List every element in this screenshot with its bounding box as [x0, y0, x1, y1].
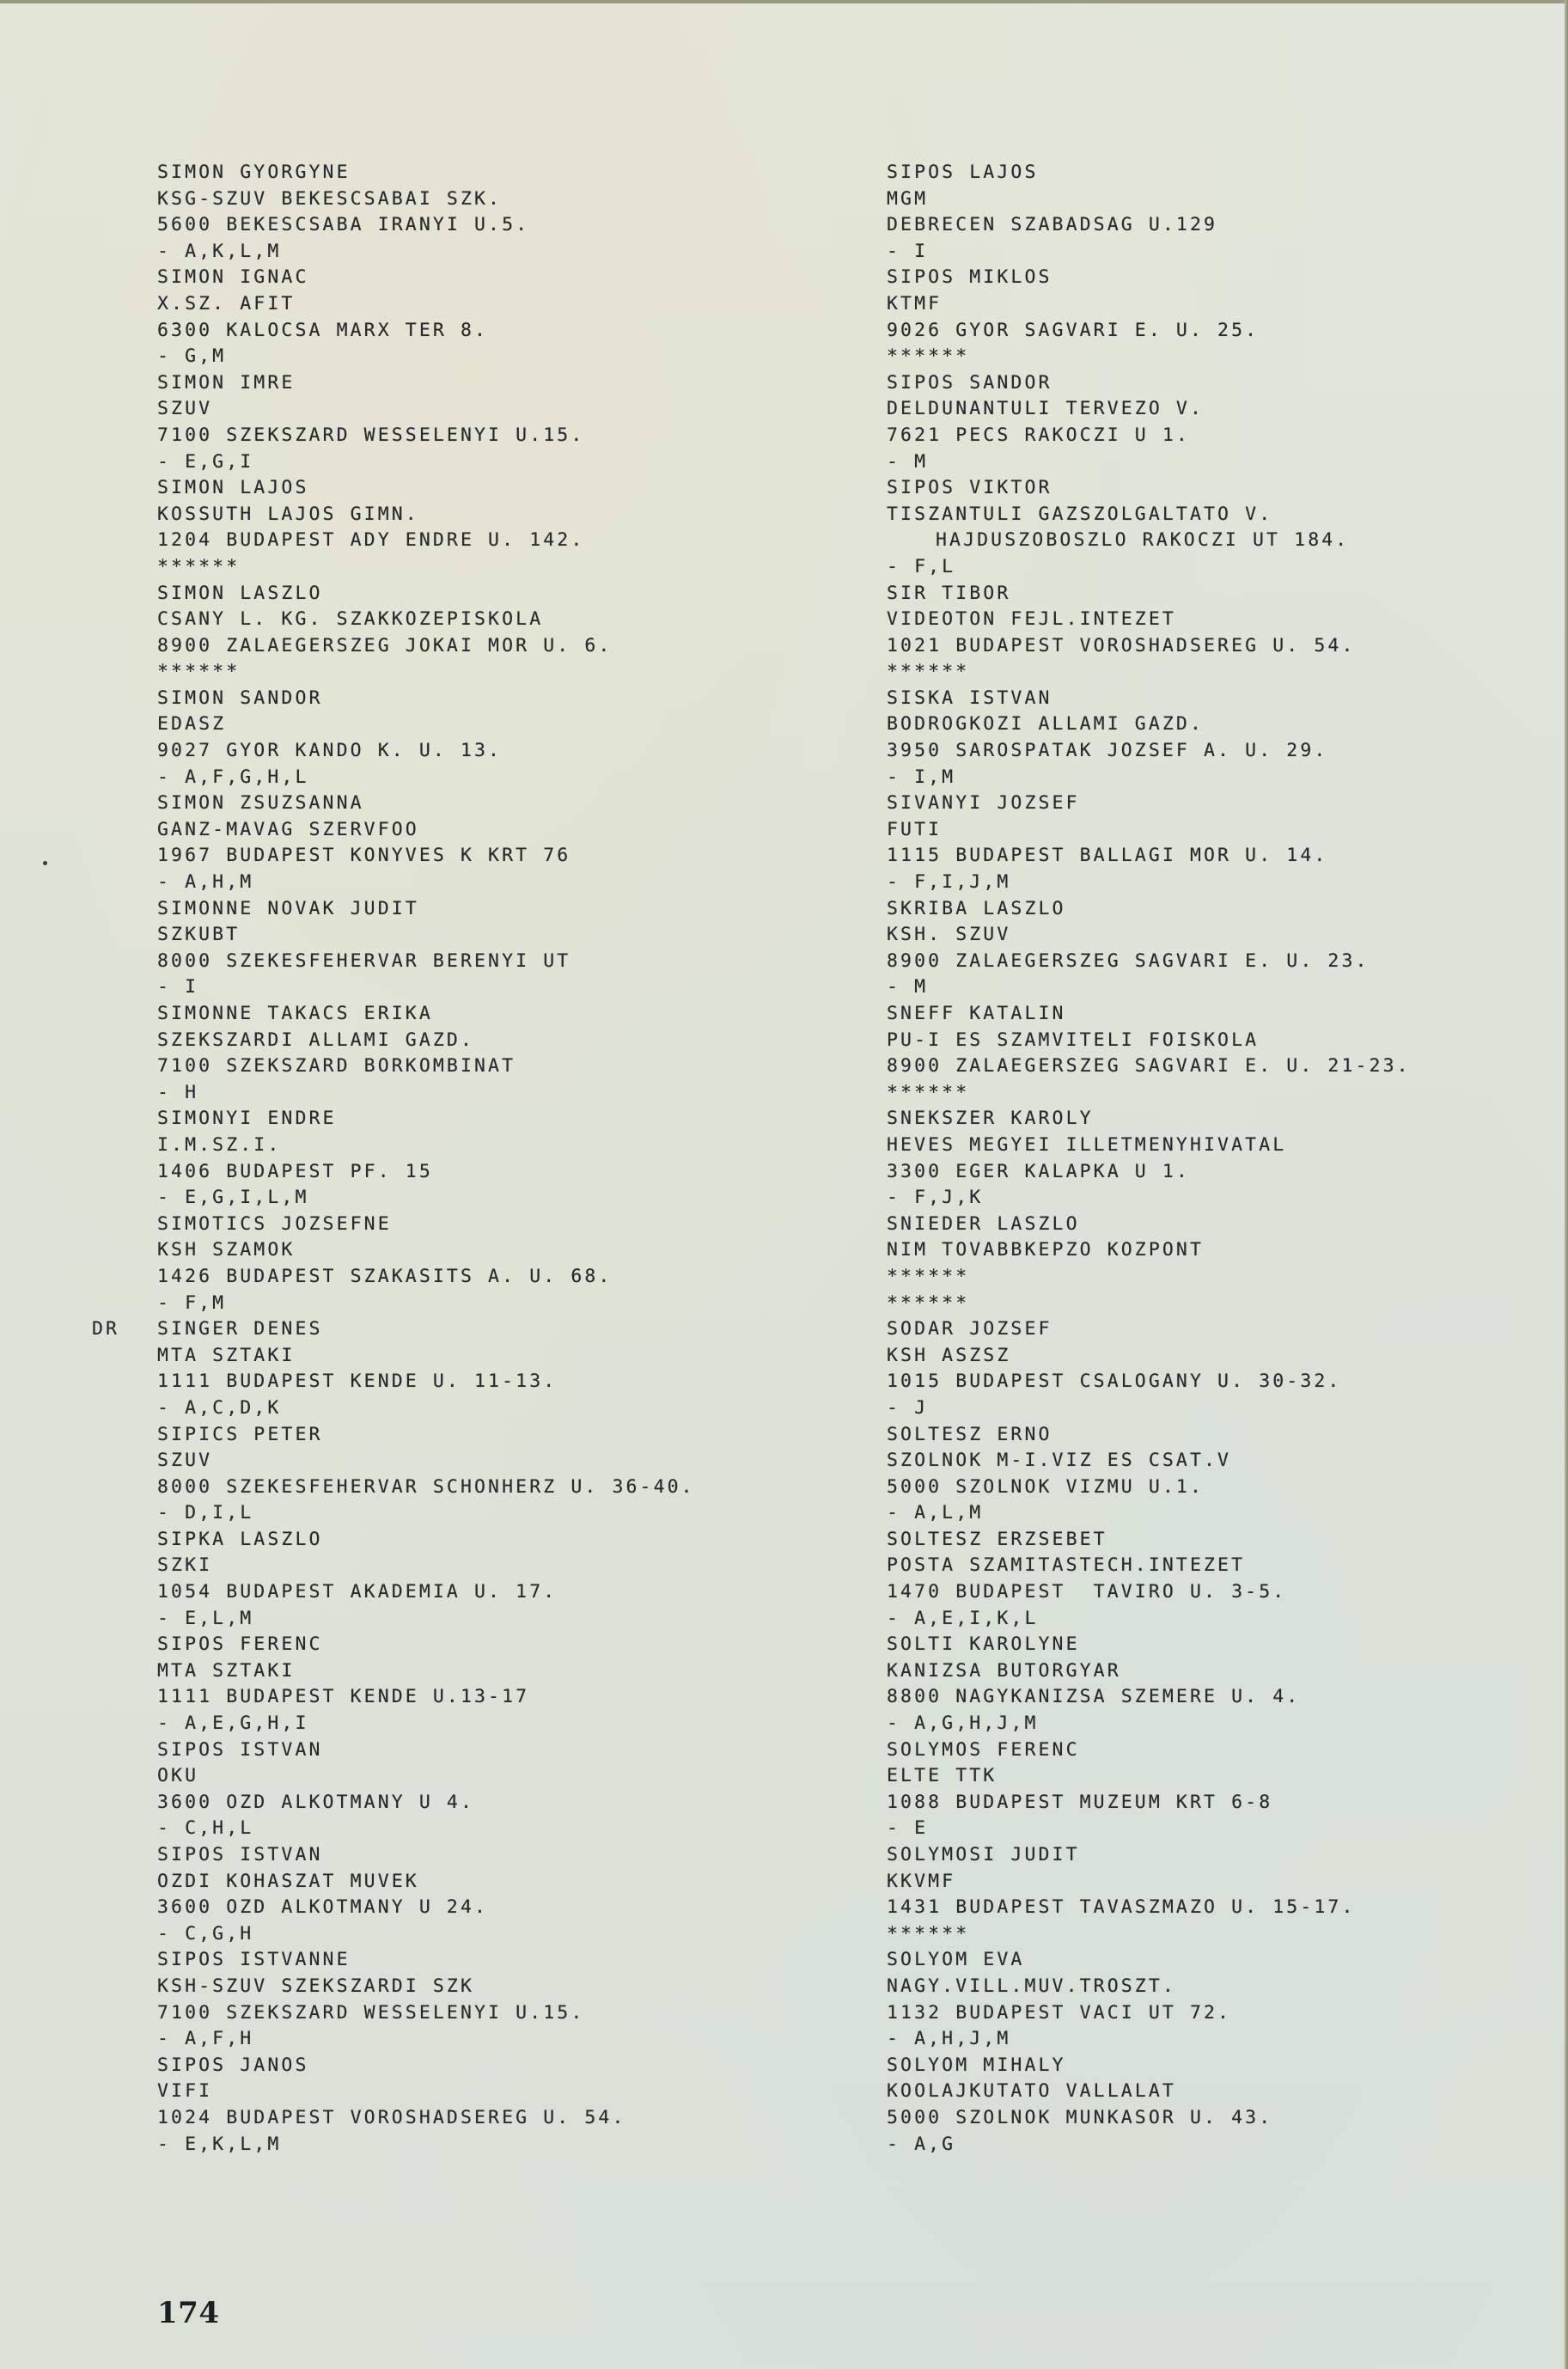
entry-codes: ******	[887, 659, 1411, 686]
entry-organization: KSH SZAMOK	[157, 1237, 695, 1264]
directory-entry: SIPKA LASZLOSZKI1054 BUDAPEST AKADEMIA U…	[157, 1527, 695, 1632]
directory-entry: SIMON SANDOREDASZ9027 GYOR KANDO K. U. 1…	[157, 686, 695, 791]
entry-codes: - A,G,H,J,M	[887, 1711, 1411, 1737]
entry-address: 3950 SAROSPATAK JOZSEF A. U. 29.	[887, 738, 1411, 765]
entry-address: 6300 KALOCSA MARX TER 8.	[157, 318, 695, 345]
directory-entry: SNEKSZER KAROLYHEVES MEGYEI ILLETMENYHIV…	[887, 1106, 1411, 1211]
entry-name: SIPOS JANOS	[157, 2053, 695, 2079]
entry-codes: - A,F,G,H,L	[157, 765, 695, 791]
entry-address: 1115 BUDAPEST BALLAGI MOR U. 14.	[887, 843, 1411, 870]
directory-entry: SIPOS SANDORDELDUNANTULI TERVEZO V.7621 …	[887, 370, 1411, 475]
entry-name: SIMONYI ENDRE	[157, 1106, 695, 1133]
entry-organization: KOOLAJKUTATO VALLALAT	[887, 2079, 1411, 2105]
entry-organization: VIDEOTON FEJL.INTEZET	[887, 607, 1411, 633]
entry-codes: ******	[157, 554, 695, 581]
directory-entry: SIMON IMRESZUV7100 SZEKSZARD WESSELENYI …	[157, 370, 695, 475]
entry-address: 1967 BUDAPEST KONYVES K KRT 76	[157, 843, 695, 870]
entry-organization: SZUV	[157, 1448, 695, 1475]
directory-entry: SIMON ZSUZSANNAGANZ-MAVAG SZERVFOO1967 B…	[157, 791, 695, 895]
entry-name: SOLTESZ ERZSEBET	[887, 1527, 1411, 1554]
entry-name: SKRIBA LASZLO	[887, 896, 1411, 923]
entry-codes: - E,K,L,M	[157, 2132, 695, 2158]
directory-entry: SIMON GYORGYNEKSG-SZUV BEKESCSABAI SZK.5…	[157, 160, 695, 265]
entry-codes: - C,H,L	[157, 1816, 695, 1842]
directory-entry: SIPOS JANOSVIFI1024 BUDAPEST VOROSHADSER…	[157, 2053, 695, 2158]
entry-address: 8800 NAGYKANIZSA SZEMERE U. 4.	[887, 1684, 1411, 1711]
entry-codes: - D,I,L	[157, 1500, 695, 1527]
directory-entry: SOLTI KAROLYNEKANIZSA BUTORGYAR8800 NAGY…	[887, 1632, 1411, 1737]
entry-organization: CSANY L. KG. SZAKKOZEPISKOLA	[157, 607, 695, 633]
entry-name: SOLTESZ ERNO	[887, 1422, 1411, 1449]
directory-entry: SOLTESZ ERNOSZOLNOK M-I.VIZ ES CSAT.V500…	[887, 1422, 1411, 1527]
entry-organization: MTA SZTAKI	[157, 1658, 695, 1685]
directory-entry: SOLYMOS FERENCELTE TTK1088 BUDAPEST MUZE…	[887, 1737, 1411, 1842]
entry-codes: ******	[887, 344, 1411, 370]
entry-address: 1021 BUDAPEST VOROSHADSEREG U. 54.	[887, 633, 1411, 660]
entry-codes: - A,K,L,M	[157, 239, 695, 266]
entry-codes: - E,G,I,L,M	[157, 1185, 695, 1212]
directory-entry: SOLYOM EVANAGY.VILL.MUV.TROSZT.1132 BUDA…	[887, 1947, 1411, 2052]
entry-address: DEBRECEN SZABADSAG U.129	[887, 212, 1411, 239]
entry-codes: - F,I,J,M	[887, 870, 1411, 896]
entry-address: 1406 BUDAPEST PF. 15	[157, 1159, 695, 1186]
directory-entry: SIPOS FERENCMTA SZTAKI1111 BUDAPEST KEND…	[157, 1632, 695, 1737]
entry-address: 1132 BUDAPEST VACI UT 72.	[887, 2000, 1411, 2027]
entry-organization: PU-I ES SZAMVITELI FOISKOLA	[887, 1028, 1411, 1054]
entry-organization: KSH ASZSZ	[887, 1343, 1411, 1370]
directory-entry: SODAR JOZSEFKSH ASZSZ1015 BUDAPEST CSALO…	[887, 1316, 1411, 1421]
entry-codes: - I	[157, 974, 695, 1001]
entry-name: SIMONNE NOVAK JUDIT	[157, 896, 695, 923]
entry-name: SIMONNE TAKACS ERIKA	[157, 1001, 695, 1028]
entry-address: 8900 ZALAEGERSZEG JOKAI MOR U. 6.	[157, 633, 695, 660]
entry-organization: KSG-SZUV BEKESCSABAI SZK.	[157, 186, 695, 213]
entry-address: 3600 OZD ALKOTMANY U 24.	[157, 1895, 695, 1921]
directory-entry: SIMONNE NOVAK JUDITSZKUBT8000 SZEKESFEHE…	[157, 896, 695, 1001]
entry-address: 9027 GYOR KANDO K. U. 13.	[157, 738, 695, 765]
entry-codes: - J	[887, 1395, 1411, 1422]
directory-entry: SIPICS PETERSZUV8000 SZEKESFEHERVAR SCHO…	[157, 1422, 695, 1527]
entry-organization: KSH-SZUV SZEKSZARDI SZK	[157, 1974, 695, 2000]
entry-address: 1054 BUDAPEST AKADEMIA U. 17.	[157, 1579, 695, 1606]
directory-entry: SIVANYI JOZSEFFUTI1115 BUDAPEST BALLAGI …	[887, 791, 1411, 895]
entry-name: SOLYOM EVA	[887, 1947, 1411, 1974]
entry-organization: SZKI	[157, 1553, 695, 1579]
ink-speck	[43, 861, 47, 865]
entry-name: SIMON IGNAC	[157, 265, 695, 291]
page-top-edge	[0, 0, 1568, 3]
entry-address: 1111 BUDAPEST KENDE U.13-17	[157, 1684, 695, 1711]
entry-name: SINGER DENES	[157, 1318, 323, 1340]
entry-codes: - C,G,H	[157, 1921, 695, 1948]
entry-organization: KOSSUTH LAJOS GIMN.	[157, 502, 695, 528]
entry-name: SOLYMOS FERENC	[887, 1737, 1411, 1764]
entry-organization: SZKUBT	[157, 922, 695, 949]
entry-organization: BODROGKOZI ALLAMI GAZD.	[887, 711, 1411, 738]
entry-address: 5000 SZOLNOK VIZMU U.1.	[887, 1475, 1411, 1501]
directory-entry: SIPOS LAJOSMGMDEBRECEN SZABADSAG U.129- …	[887, 160, 1411, 265]
entry-organization: OKU	[157, 1763, 695, 1790]
entry-codes: - F,J,K	[887, 1185, 1411, 1212]
entry-organization: SZOLNOK M-I.VIZ ES CSAT.V	[887, 1448, 1411, 1475]
entry-address: 3600 OZD ALKOTMANY U 4.	[157, 1790, 695, 1816]
entry-codes: ******	[887, 1291, 1411, 1317]
entry-address: 8000 SZEKESFEHERVAR BERENYI UT	[157, 949, 695, 975]
directory-entry: DRSINGER DENESMTA SZTAKI1111 BUDAPEST KE…	[157, 1316, 695, 1421]
entry-organization: VIFI	[157, 2079, 695, 2105]
entry-organization: I.M.SZ.I.	[157, 1133, 695, 1159]
entry-organization: POSTA SZAMITASTECH.INTEZET	[887, 1553, 1411, 1579]
entry-organization: KKVMF	[887, 1869, 1411, 1896]
entry-organization: KANIZSA BUTORGYAR	[887, 1658, 1411, 1685]
entry-address: 5600 BEKESCSABA IRANYI U.5.	[157, 212, 695, 239]
entry-address: 1111 BUDAPEST KENDE U. 11-13.	[157, 1369, 695, 1395]
entry-address: 3300 EGER KALAPKA U 1.	[887, 1159, 1411, 1186]
entry-name: SIR TIBOR	[887, 581, 1411, 608]
directory-entry: SNIEDER LASZLONIM TOVABBKEPZO KOZPONT***…	[887, 1212, 1411, 1316]
entry-address: 7100 SZEKSZARD WESSELENYI U.15.	[157, 2000, 695, 2027]
entry-name: SNIEDER LASZLO	[887, 1212, 1411, 1238]
entry-codes: - A,L,M	[887, 1500, 1411, 1527]
directory-entry: SIPOS ISTVANOKU3600 OZD ALKOTMANY U 4.- …	[157, 1737, 695, 1842]
left-column-directory: SIMON GYORGYNEKSG-SZUV BEKESCSABAI SZK.5…	[157, 160, 695, 2158]
entry-address: 1015 BUDAPEST CSALOGANY U. 30-32.	[887, 1369, 1411, 1395]
directory-entry: SKRIBA LASZLOKSH. SZUV8900 ZALAEGERSZEG …	[887, 896, 1411, 1001]
entry-codes: - F,M	[157, 1291, 695, 1317]
entry-address: 1426 BUDAPEST SZAKASITS A. U. 68.	[157, 1264, 695, 1291]
page-binding-edge	[1565, 0, 1568, 2369]
entry-address: 1204 BUDAPEST ADY ENDRE U. 142.	[157, 528, 695, 554]
entry-organization: DELDUNANTULI TERVEZO V.	[887, 396, 1411, 423]
entry-organization: KSH. SZUV	[887, 922, 1411, 949]
entry-name: SNEKSZER KAROLY	[887, 1106, 1411, 1133]
entry-address: 1431 BUDAPEST TAVASZMAZO U. 15-17.	[887, 1895, 1411, 1921]
entry-organization: SZUV	[157, 396, 695, 423]
entry-name: SIMOTICS JOZSEFNE	[157, 1212, 695, 1238]
entry-address: 7100 SZEKSZARD WESSELENYI U.15.	[157, 423, 695, 449]
entry-name: SIMON GYORGYNE	[157, 160, 695, 186]
directory-entry: SOLYMOSI JUDITKKVMF1431 BUDAPEST TAVASZM…	[887, 1842, 1411, 1947]
entry-name: SOLTI KAROLYNE	[887, 1632, 1411, 1658]
directory-entry: SIPOS VIKTORTISZANTULI GAZSZOLGALTATO V.…	[887, 475, 1411, 580]
entry-organization: KTMF	[887, 291, 1411, 318]
entry-codes: - A,C,D,K	[157, 1395, 695, 1422]
entry-name: SISKA ISTVAN	[887, 686, 1411, 712]
entry-codes: - I,M	[887, 765, 1411, 791]
entry-organization: TISZANTULI GAZSZOLGALTATO V.	[887, 502, 1411, 528]
entry-name: SOLYOM MIHALY	[887, 2053, 1411, 2079]
entry-organization: EDASZ	[157, 711, 695, 738]
entry-codes: - M	[887, 974, 1411, 1001]
directory-entry: SIPOS ISTVANOZDI KOHASZAT MUVEK3600 OZD …	[157, 1842, 695, 1947]
entry-codes: - F,L	[887, 554, 1411, 581]
entry-address: 1024 BUDAPEST VOROSHADSEREG U. 54.	[157, 2105, 695, 2132]
entry-codes: ******	[887, 1921, 1411, 1948]
entry-name: SIMON IMRE	[157, 370, 695, 397]
directory-entry: SIMON LAJOSKOSSUTH LAJOS GIMN.1204 BUDAP…	[157, 475, 695, 580]
entry-address: 1470 BUDAPEST TAVIRO U. 3-5.	[887, 1579, 1411, 1606]
directory-entry: SNEFF KATALINPU-I ES SZAMVITELI FOISKOLA…	[887, 1001, 1411, 1106]
entry-name: SIPOS ISTVAN	[157, 1842, 695, 1869]
entry-organization: ELTE TTK	[887, 1763, 1411, 1790]
entry-codes: - E	[887, 1816, 1411, 1842]
entry-codes: - E,G,I	[157, 449, 695, 476]
entry-organization: OZDI KOHASZAT MUVEK	[157, 1869, 695, 1896]
entry-codes: - A,F,H	[157, 2026, 695, 2053]
entry-address: 1088 BUDAPEST MUZEUM KRT 6-8	[887, 1790, 1411, 1816]
entry-name: SOLYMOSI JUDIT	[887, 1842, 1411, 1869]
entry-name: SIPOS LAJOS	[887, 160, 1411, 186]
entry-organization: HEVES MEGYEI ILLETMENYHIVATAL	[887, 1133, 1411, 1159]
entry-codes: ******	[887, 1080, 1411, 1107]
right-column-directory: SIPOS LAJOSMGMDEBRECEN SZABADSAG U.129- …	[887, 160, 1411, 2158]
entry-name: SIPOS ISTVANNE	[157, 1947, 695, 1974]
entry-name: SIPOS MIKLOS	[887, 265, 1411, 291]
entry-name: SIPOS FERENC	[157, 1632, 695, 1658]
entry-name: SNEFF KATALIN	[887, 1001, 1411, 1028]
entry-organization: MGM	[887, 186, 1411, 213]
directory-entry: SIMONNE TAKACS ERIKASZEKSZARDI ALLAMI GA…	[157, 1001, 695, 1106]
entry-address: 7621 PECS RAKOCZI U 1.	[887, 423, 1411, 449]
entry-codes: - H	[157, 1080, 695, 1107]
entry-name: SIVANYI JOZSEF	[887, 791, 1411, 817]
entry-address: 8000 SZEKESFEHERVAR SCHONHERZ U. 36-40.	[157, 1475, 695, 1501]
entry-codes: - A,E,I,K,L	[887, 1606, 1411, 1633]
entry-name: SIPKA LASZLO	[157, 1527, 695, 1554]
entry-codes: ******	[157, 659, 695, 686]
entry-organization: NIM TOVABBKEPZO KOZPONT	[887, 1237, 1411, 1264]
entry-organization: X.SZ. AFIT	[157, 291, 695, 318]
page-number: 174	[157, 2296, 219, 2330]
entry-name: SIMON LAJOS	[157, 475, 695, 502]
directory-entry: SIR TIBORVIDEOTON FEJL.INTEZET1021 BUDAP…	[887, 581, 1411, 686]
entry-codes: - E,L,M	[157, 1606, 695, 1633]
entry-organization: FUTI	[887, 817, 1411, 844]
entry-address: 5000 SZOLNOK MUNKASOR U. 43.	[887, 2105, 1411, 2132]
entry-address: 8900 ZALAEGERSZEG SAGVARI E. U. 23.	[887, 949, 1411, 975]
entry-name: SIMON ZSUZSANNA	[157, 791, 695, 817]
entry-codes: - M	[887, 449, 1411, 476]
directory-entry: SIMONYI ENDREI.M.SZ.I.1406 BUDAPEST PF. …	[157, 1106, 695, 1211]
entry-name: SIPOS VIKTOR	[887, 475, 1411, 502]
entry-name: SIPOS SANDOR	[887, 370, 1411, 397]
entry-codes: - G,M	[157, 344, 695, 370]
directory-entry: SIMON LASZLOCSANY L. KG. SZAKKOZEPISKOLA…	[157, 581, 695, 686]
entry-address: 7100 SZEKSZARD BORKOMBINAT	[157, 1053, 695, 1080]
entry-codes: - A,H,J,M	[887, 2026, 1411, 2053]
entry-name: SODAR JOZSEF	[887, 1316, 1411, 1343]
entry-codes: - A,E,G,H,I	[157, 1711, 695, 1737]
directory-entry: SISKA ISTVANBODROGKOZI ALLAMI GAZD.3950 …	[887, 686, 1411, 791]
directory-entry: SOLTESZ ERZSEBETPOSTA SZAMITASTECH.INTEZ…	[887, 1527, 1411, 1632]
directory-entry: SIMOTICS JOZSEFNEKSH SZAMOK1426 BUDAPEST…	[157, 1212, 695, 1316]
entry-codes: - I	[887, 239, 1411, 266]
entry-name: SIPOS ISTVAN	[157, 1737, 695, 1764]
entry-name-line: DRSINGER DENES	[92, 1316, 695, 1343]
entry-address: ******	[887, 1264, 1411, 1291]
entry-name: SIMON LASZLO	[157, 581, 695, 608]
entry-codes: - A,H,M	[157, 870, 695, 896]
scanned-page: SIMON GYORGYNEKSG-SZUV BEKESCSABAI SZK.5…	[0, 0, 1568, 2369]
entry-title-prefix: DR	[92, 1316, 157, 1343]
entry-name: SIPICS PETER	[157, 1422, 695, 1449]
entry-address: 8900 ZALAEGERSZEG SAGVARI E. U. 21-23.	[887, 1053, 1411, 1080]
entry-address: 9026 GYOR SAGVARI E. U. 25.	[887, 318, 1411, 345]
directory-entry: SIPOS MIKLOSKTMF9026 GYOR SAGVARI E. U. …	[887, 265, 1411, 369]
directory-entry: SIPOS ISTVANNEKSH-SZUV SZEKSZARDI SZK710…	[157, 1947, 695, 2052]
directory-entry: SIMON IGNACX.SZ. AFIT6300 KALOCSA MARX T…	[157, 265, 695, 369]
entry-organization: MTA SZTAKI	[157, 1343, 695, 1370]
entry-codes: - A,G	[887, 2132, 1411, 2158]
entry-organization: NAGY.VILL.MUV.TROSZT.	[887, 1974, 1411, 2000]
entry-organization: SZEKSZARDI ALLAMI GAZD.	[157, 1028, 695, 1054]
entry-organization: GANZ-MAVAG SZERVFOO	[157, 817, 695, 844]
directory-entry: SOLYOM MIHALYKOOLAJKUTATO VALLALAT5000 S…	[887, 2053, 1411, 2158]
entry-address: HAJDUSZOBOSZLO RAKOCZI UT 184.	[887, 528, 1411, 554]
entry-name: SIMON SANDOR	[157, 686, 695, 712]
